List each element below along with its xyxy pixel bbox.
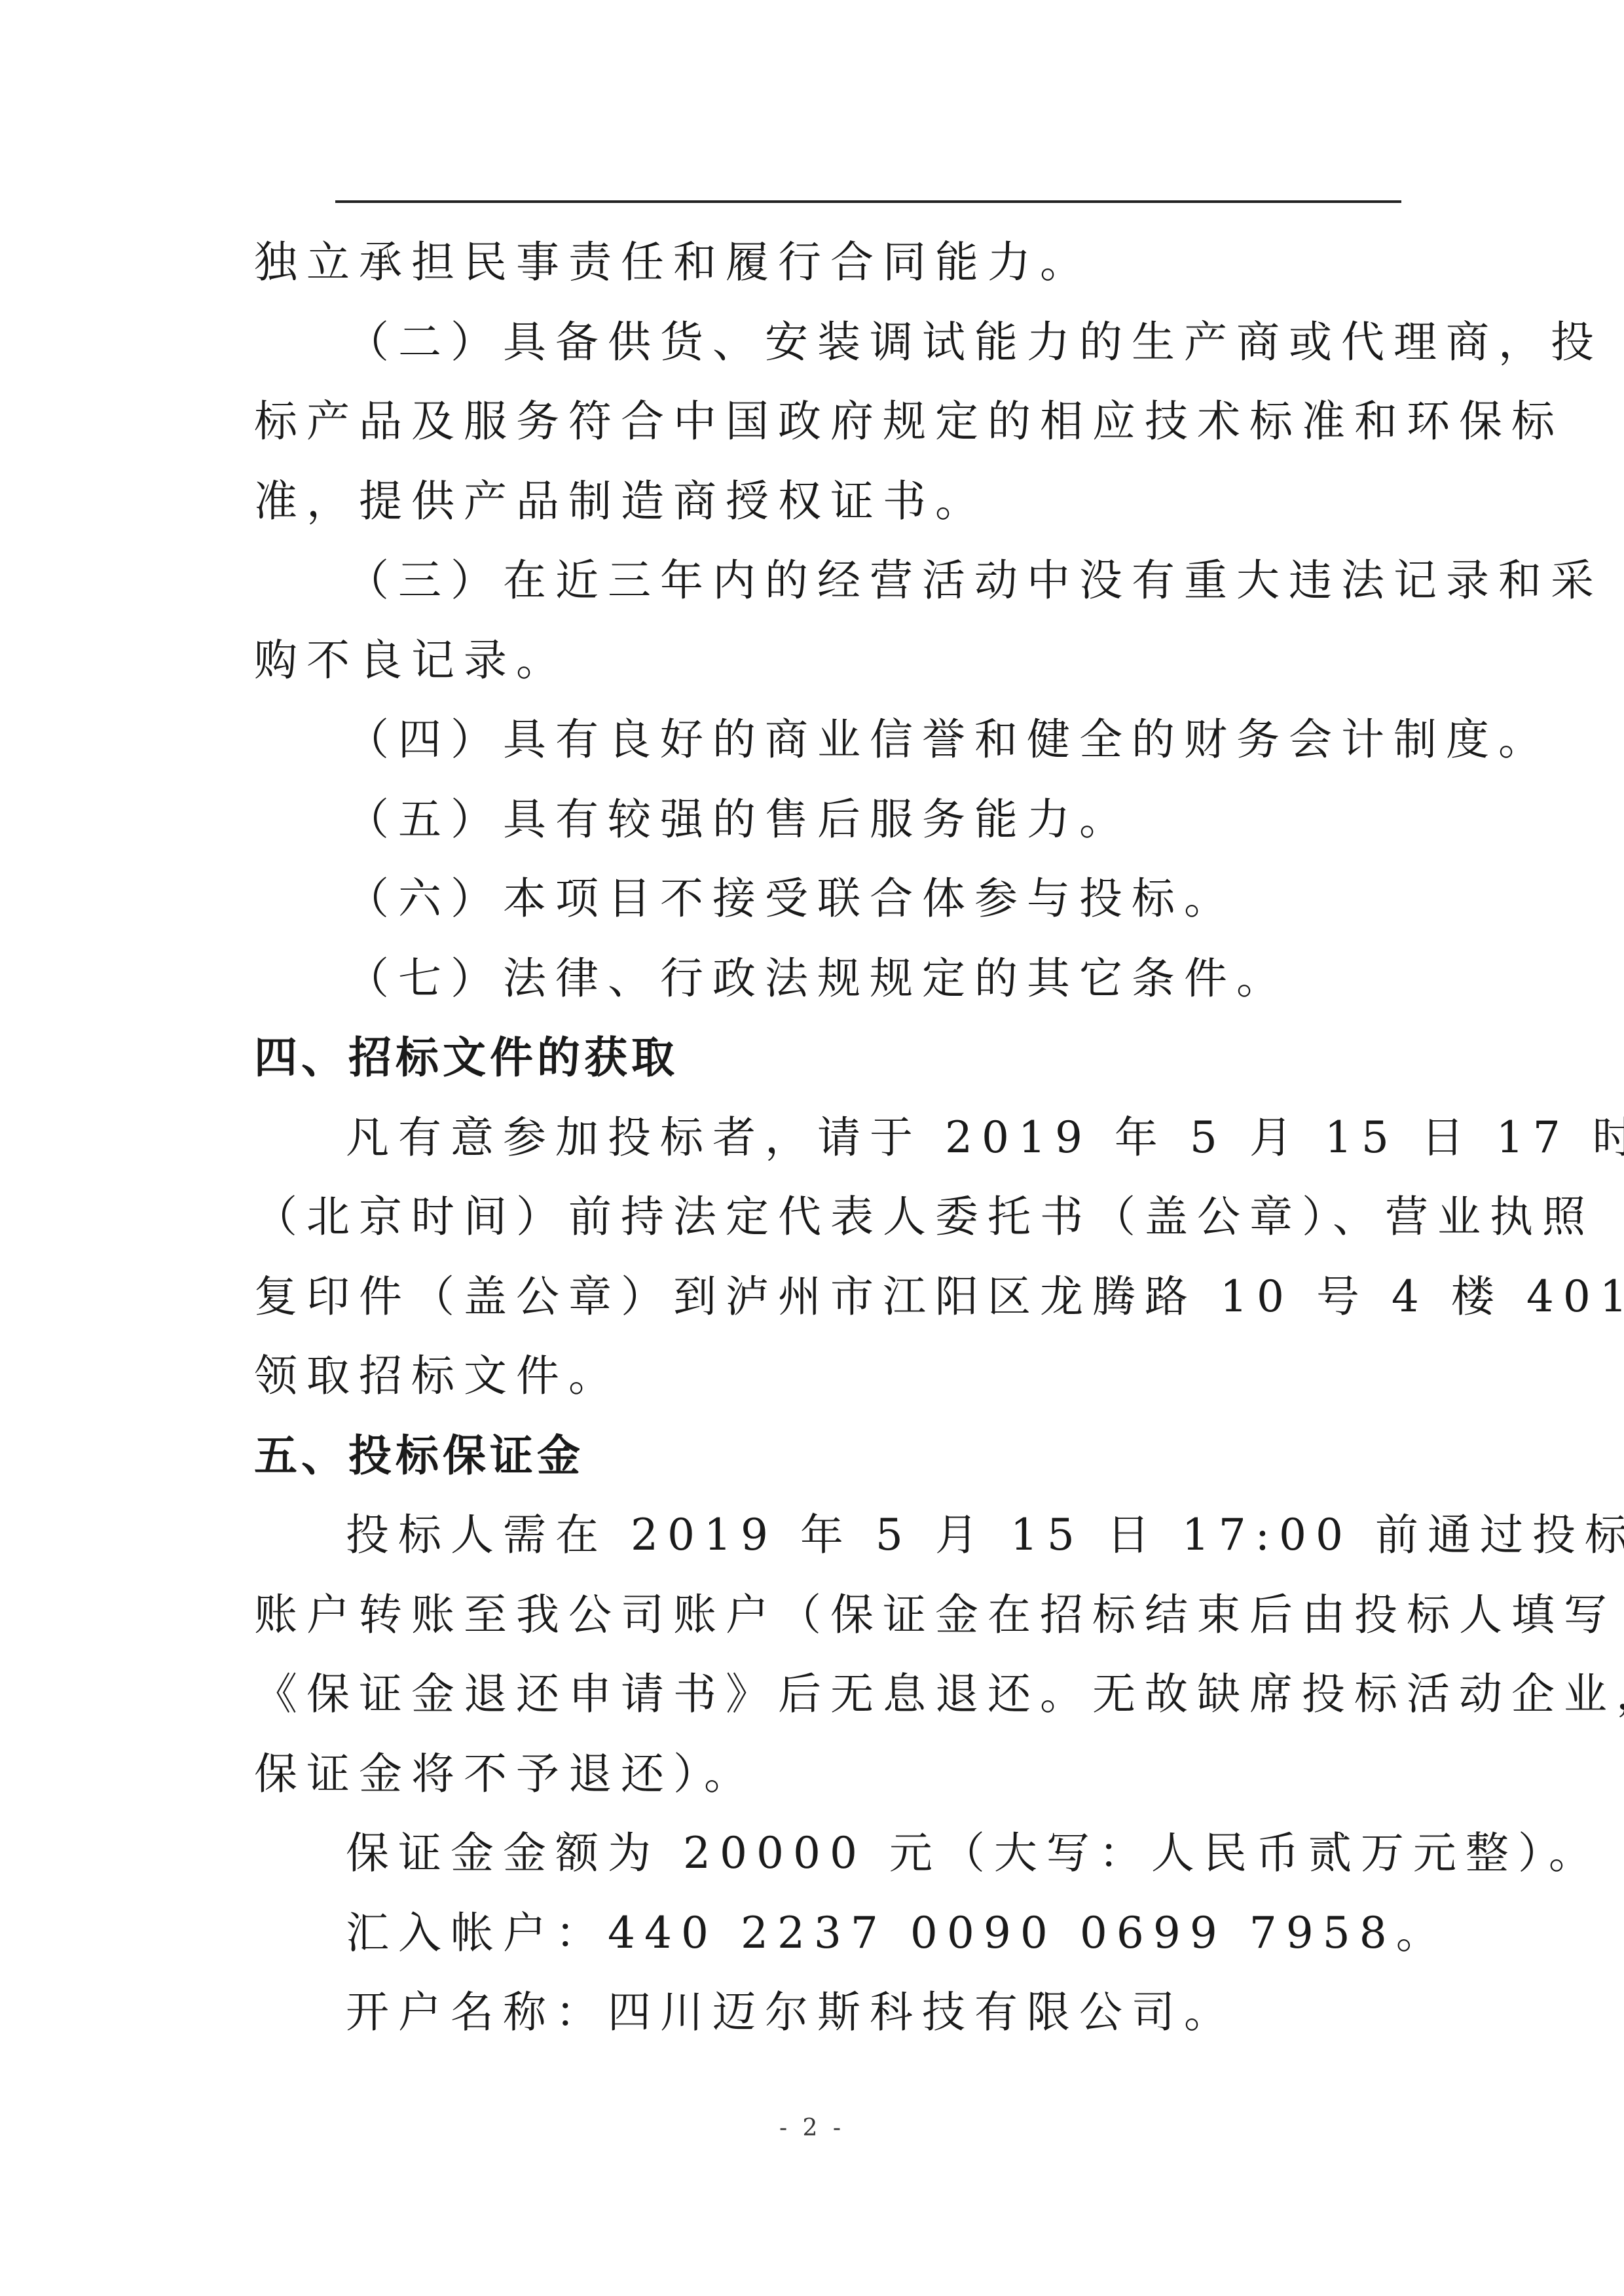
text-line: （五）具有较强的售后服务能力。 (254, 780, 1393, 860)
text-line: 购不良记录。 (254, 621, 1393, 701)
text-line: （六）本项目不接受联合体参与投标。 (254, 859, 1393, 939)
text-line: 复印件（盖公章）到泸州市江阳区龙腾路 10 号 4 楼 4012 室 (254, 1257, 1393, 1337)
text-line: 开户名称：四川迈尔斯科技有限公司。 (254, 1973, 1393, 2052)
document-body: 独立承担民事责任和履行合同能力。 （二）具备供货、安装调试能力的生产商或代理商，… (254, 223, 1393, 2052)
section-heading: 四、招标文件的获取 (254, 1018, 1393, 1098)
text-line: （北京时间）前持法定代表人委托书（盖公章）、营业执照 (254, 1177, 1393, 1257)
section-heading: 五、投标保证金 (254, 1416, 1393, 1496)
text-line: 汇入帐户：440 2237 0090 0699 7958。 (254, 1893, 1393, 1973)
text-line: 保证金金额为 20000 元（大写：人民币贰万元整）。 (254, 1813, 1393, 1893)
text-line: （二）具备供货、安装调试能力的生产商或代理商，投 (254, 302, 1393, 382)
text-line: 领取招标文件。 (254, 1336, 1393, 1416)
text-line: 《保证金退还申请书》后无息退还。无故缺席投标活动企业， (254, 1654, 1393, 1734)
text-line: 独立承担民事责任和履行合同能力。 (254, 223, 1393, 302)
text-line: （四）具有良好的商业信誉和健全的财务会计制度。 (254, 700, 1393, 780)
text-line: （三）在近三年内的经营活动中没有重大违法记录和采 (254, 541, 1393, 621)
header-rule (335, 200, 1401, 203)
text-line: 标产品及服务符合中国政府规定的相应技术标准和环保标 (254, 382, 1393, 462)
text-line: 凡有意参加投标者，请于 2019 年 5 月 15 日 17 时 00 分 (254, 1098, 1393, 1178)
text-line: 保证金将不予退还）。 (254, 1734, 1393, 1814)
page-number: - 2 - (0, 2115, 1624, 2141)
text-line: 账户转账至我公司账户（保证金在招标结束后由投标人填写 (254, 1575, 1393, 1655)
text-line: 准，提供产品制造商授权证书。 (254, 462, 1393, 541)
text-line: 投标人需在 2019 年 5 月 15 日 17:00 前通过投标人基本 (254, 1495, 1393, 1575)
text-line: （七）法律、行政法规规定的其它条件。 (254, 939, 1393, 1019)
